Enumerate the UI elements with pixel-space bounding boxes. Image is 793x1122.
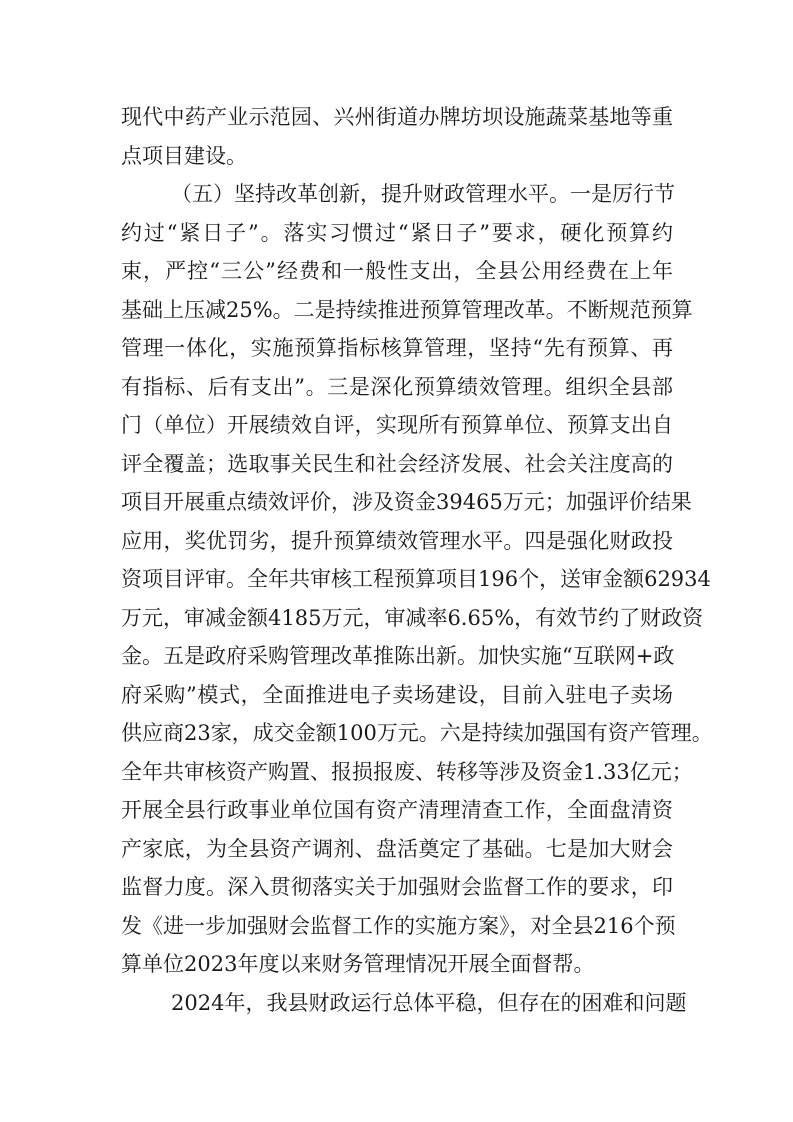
document-page: 现代中药产业示范园、兴州街道办牌坊坝设施蔬菜基地等重 点项目建设。 （五）坚持改… — [121, 98, 673, 1022]
text-line: 府采购”模式，全面推进电子卖场建设，目前入驻电子卖场 — [121, 676, 673, 715]
text-line: 门（单位）开展绩效自评，实现所有预算单位、预算支出自 — [121, 406, 673, 445]
text-line: 有指标、后有支出”。三是深化预算绩效管理。组织全县部 — [121, 368, 673, 407]
text-line: 供应商23家，成交金额100万元。六是持续加强国有资产管理。 — [121, 714, 673, 753]
text-line: 产家底，为全县资产调剂、盘活奠定了基础。七是加大财会 — [121, 830, 673, 869]
text-line: 资项目评审。全年共审核工程预算项目196个，送审金额62934 — [121, 560, 673, 599]
text-line: 项目开展重点绩效评价，涉及资金39465万元；加强评价结果 — [121, 483, 673, 522]
text-line: 万元，审减金额4185万元，审减率6.65%，有效节约了财政资 — [121, 599, 673, 638]
text-line: 全年共审核资产购置、报损报废、转移等涉及资金1.33亿元； — [121, 753, 673, 792]
text-line: 算单位2023年度以来财务管理情况开展全面督帮。 — [121, 945, 673, 984]
text-line: 基础上压减25%。二是持续推进预算管理改革。不断规范预算 — [121, 291, 673, 330]
text-line: 发《进一步加强财会监督工作的实施方案》，对全县216个预 — [121, 907, 673, 946]
text-line: 应用，奖优罚劣，提升预算绩效管理水平。四是强化财政投 — [121, 522, 673, 561]
text-line: 金。五是政府采购管理改革推陈出新。加快实施“互联网+政 — [121, 637, 673, 676]
text-line: 约过“紧日子”。落实习惯过“紧日子”要求，硬化预算约 — [121, 214, 673, 253]
section-heading-line: （五）坚持改革创新，提升财政管理水平。一是厉行节 — [121, 175, 673, 214]
text-line: 评全覆盖；选取事关民生和社会经济发展、社会关注度高的 — [121, 445, 673, 484]
text-line: 管理一体化，实施预算指标核算管理，坚持“先有预算、再 — [121, 329, 673, 368]
text-line: 束，严控“三公”经费和一般性支出，全县公用经费在上年 — [121, 252, 673, 291]
text-line: 点项目建设。 — [121, 137, 673, 176]
text-line: 现代中药产业示范园、兴州街道办牌坊坝设施蔬菜基地等重 — [121, 98, 673, 137]
text-line: 监督力度。深入贯彻落实关于加强财会监督工作的要求，印 — [121, 868, 673, 907]
paragraph-start-line: 2024年，我县财政运行总体平稳，但存在的困难和问题 — [121, 984, 673, 1023]
text-line: 开展全县行政事业单位国有资产清理清查工作，全面盘清资 — [121, 791, 673, 830]
